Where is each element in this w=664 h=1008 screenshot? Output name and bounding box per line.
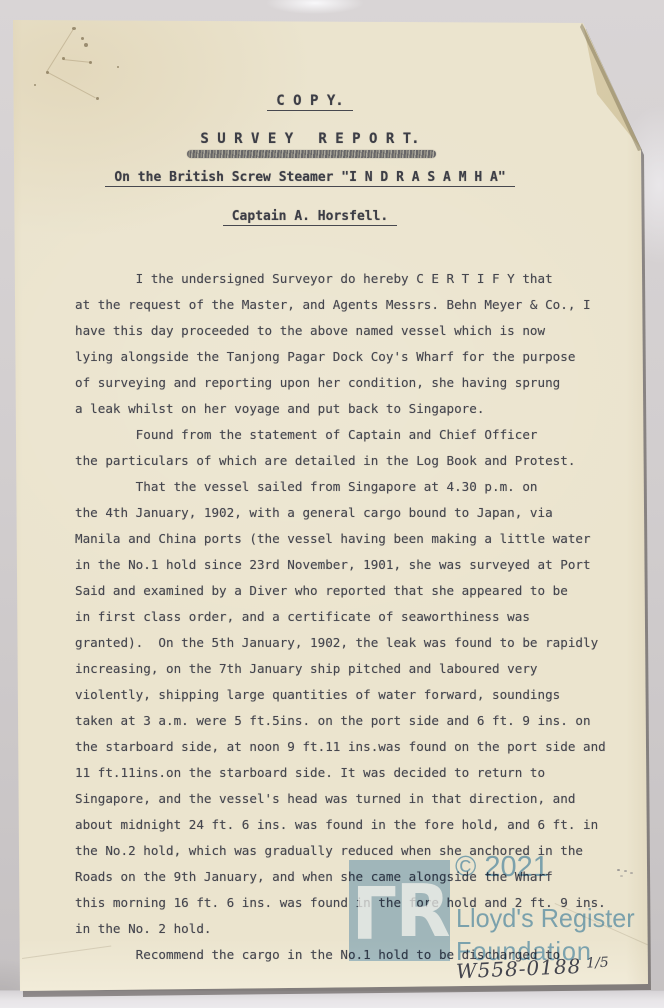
report-line: in first class order, and a certificate … bbox=[75, 604, 606, 630]
stain-speck bbox=[84, 43, 88, 47]
logo-letter-r: R bbox=[395, 875, 447, 947]
captain-heading: Captain A. Horsfell. bbox=[30, 209, 590, 224]
report-title-text: S U R V E Y R E P O R T. bbox=[200, 131, 419, 147]
pencil-marks bbox=[617, 869, 620, 871]
copy-heading-text: C O P Y. bbox=[267, 93, 352, 111]
stain-speck bbox=[81, 37, 84, 40]
report-line: a leak whilst on her voyage and put back… bbox=[75, 396, 606, 422]
lloyds-register-logo-letters: LR bbox=[349, 860, 450, 961]
report-line: the starboard side, at noon 9 ft.11 ins.… bbox=[75, 734, 606, 760]
report-title: S U R V E Y R E P O R T. bbox=[30, 131, 590, 147]
stain-speck bbox=[117, 66, 119, 68]
report-line: in the No.1 hold since 23rd November, 19… bbox=[75, 552, 606, 578]
watermark-copyright: © 2021 bbox=[455, 851, 549, 884]
copy-heading: C O P Y. bbox=[30, 93, 590, 109]
report-line: Singapore, and the vessel's head was tur… bbox=[75, 786, 606, 812]
report-line: I the undersigned Surveyor do hereby C E… bbox=[75, 266, 606, 292]
report-line: 11 ft.11ins.on the starboard side. It wa… bbox=[75, 760, 606, 786]
report-line: at the request of the Master, and Agents… bbox=[75, 292, 606, 318]
crease-line bbox=[46, 28, 74, 72]
scanned-survey-report: C O P Y. S U R V E Y R E P O R T. On the… bbox=[0, 0, 664, 1008]
report-line: lying alongside the Tanjong Pagar Dock C… bbox=[75, 344, 606, 370]
report-line: the particulars of which are detailed in… bbox=[75, 448, 606, 474]
crease-line bbox=[63, 59, 91, 63]
report-line: Manila and China ports (the vessel havin… bbox=[75, 526, 606, 552]
page-fraction: 1/5 bbox=[586, 955, 609, 972]
document-page: C O P Y. S U R V E Y R E P O R T. On the… bbox=[0, 0, 664, 1008]
report-line: taken at 3 a.m. were 5 ft.5ins. on the p… bbox=[75, 708, 606, 734]
watermark-org-name: Lloyd's Register bbox=[456, 903, 635, 934]
stain-speck bbox=[34, 84, 36, 86]
logo-letter-l: L bbox=[351, 875, 394, 947]
report-line: of surveying and reporting upon her cond… bbox=[75, 370, 606, 396]
report-line: violently, shipping large quantities of … bbox=[75, 682, 606, 708]
decorative-rule bbox=[187, 150, 436, 158]
report-line: That the vessel sailed from Singapore at… bbox=[75, 474, 606, 500]
vessel-heading: On the British Screw Steamer "I N D R A … bbox=[30, 170, 590, 185]
report-line: Found from the statement of Captain and … bbox=[75, 422, 606, 448]
report-line: granted). On the 5th January, 1902, the … bbox=[75, 630, 606, 656]
captain-heading-text: Captain A. Horsfell. bbox=[223, 209, 398, 226]
vessel-heading-text: On the British Screw Steamer "I N D R A … bbox=[105, 170, 514, 187]
report-line: about midnight 24 ft. 6 ins. was found i… bbox=[75, 812, 606, 838]
report-line: Said and examined by a Diver who reporte… bbox=[75, 578, 606, 604]
report-line: increasing, on the 7th January ship pitc… bbox=[75, 656, 606, 682]
report-line: have this day proceeded to the above nam… bbox=[75, 318, 606, 344]
report-line: the 4th January, 1902, with a general ca… bbox=[75, 500, 606, 526]
